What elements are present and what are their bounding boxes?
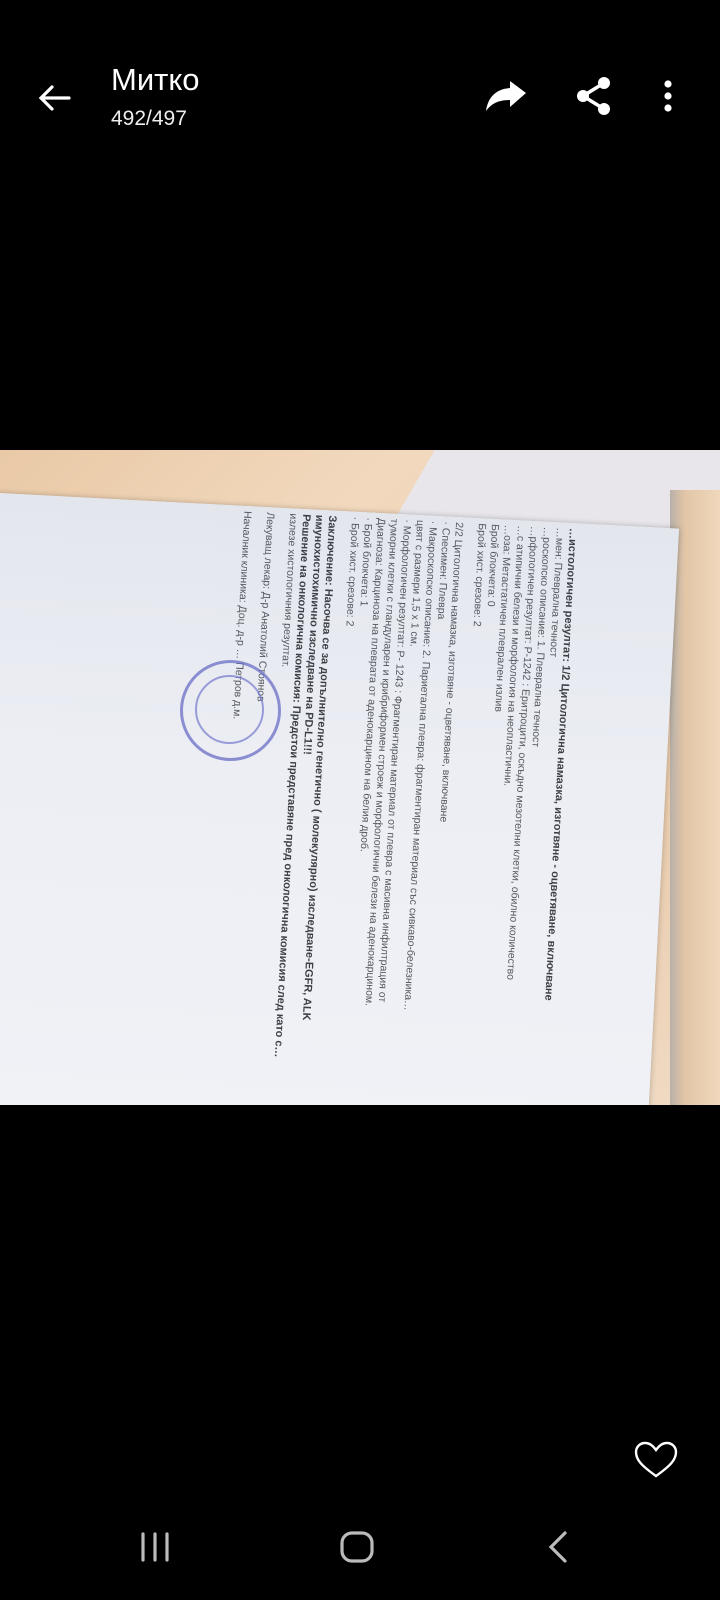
- conversation-title: Митко: [111, 62, 200, 98]
- document-text: …истологичен резултат: 1/2 Цитологична н…: [187, 510, 579, 1105]
- more-options-button[interactable]: [644, 72, 692, 120]
- forward-button[interactable]: [482, 72, 530, 120]
- arrow-left-icon: [37, 83, 71, 113]
- heart-outline-icon: [632, 1440, 680, 1480]
- official-stamp: [180, 660, 281, 761]
- document-page: …истологичен резултат: 1/2 Цитологична н…: [0, 492, 679, 1105]
- system-back-button[interactable]: [528, 1525, 588, 1569]
- share-button[interactable]: [570, 72, 618, 120]
- recent-apps-button[interactable]: [125, 1525, 185, 1569]
- image-counter: 492/497: [111, 107, 187, 131]
- top-app-bar: Митко 492/497: [0, 0, 720, 160]
- back-button[interactable]: [30, 74, 78, 122]
- share-icon: [576, 76, 612, 116]
- forward-icon: [484, 79, 528, 113]
- book-edge: [670, 490, 720, 1105]
- home-button[interactable]: [327, 1525, 387, 1569]
- more-vertical-icon: [662, 79, 674, 113]
- recent-apps-icon: [139, 1532, 171, 1562]
- favorite-button[interactable]: [632, 1440, 680, 1480]
- photo-viewer-image[interactable]: …истологичен резултат: 1/2 Цитологична н…: [0, 450, 720, 1105]
- home-icon: [339, 1530, 375, 1564]
- nav-back-icon: [546, 1530, 570, 1564]
